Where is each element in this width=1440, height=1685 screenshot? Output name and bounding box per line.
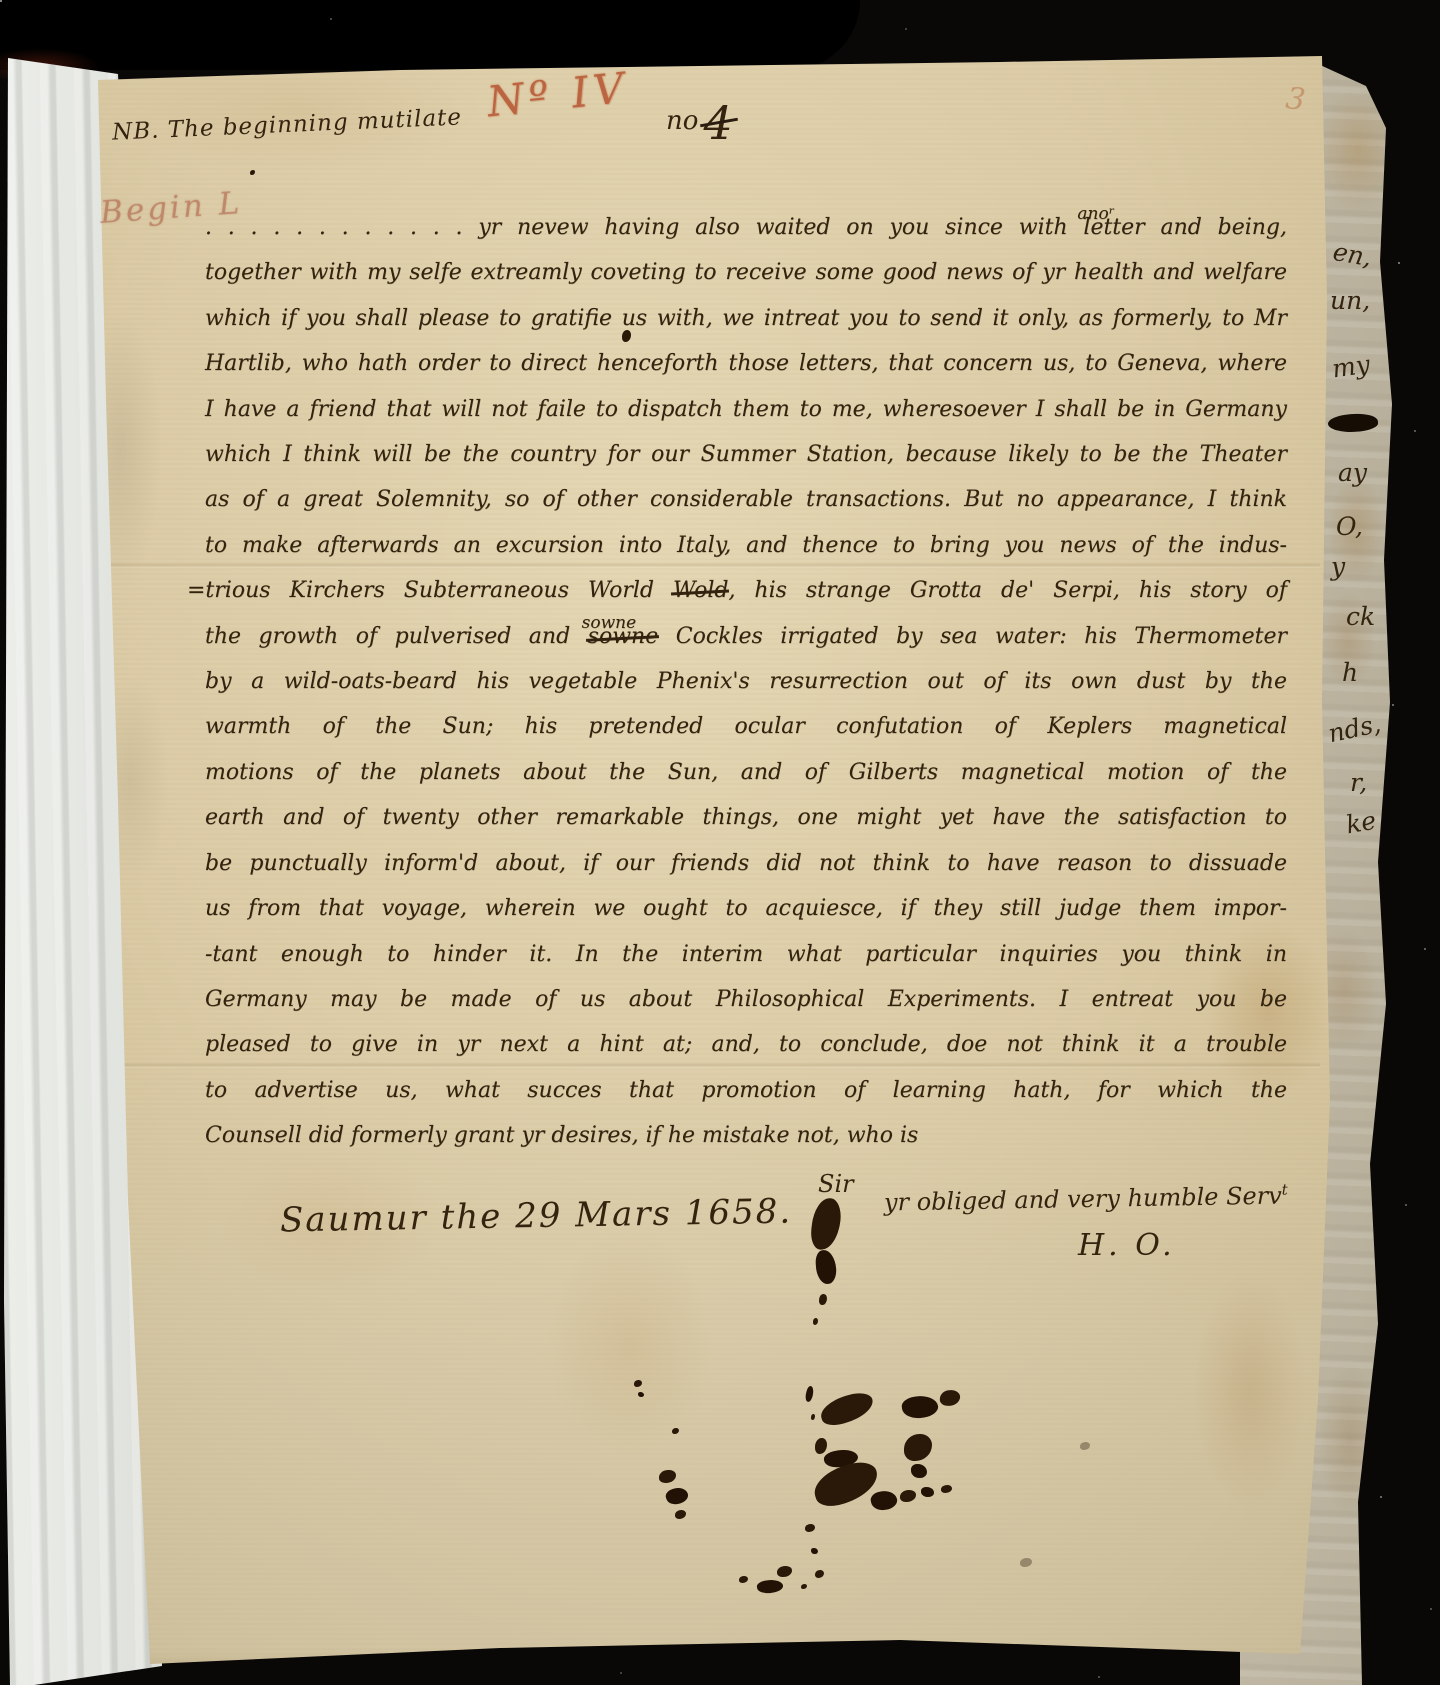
letter-line: together with my selfe extreamly covetin… <box>205 250 1287 295</box>
edge-fragment: r, <box>1350 768 1367 797</box>
letter-line: by a wild-oats-beard his vegetable Pheni… <box>205 659 1287 704</box>
letter-line: as of a great Solemnity, so of other con… <box>205 477 1287 522</box>
edge-fragment: my <box>1330 350 1372 384</box>
camera-arm-shadow <box>0 0 860 70</box>
letter-line: the growth of pulverised and sownesowne … <box>205 614 1287 659</box>
edge-fragment: y <box>1331 552 1345 581</box>
letter-body: . . . . . . . . . . . . yr nevew having … <box>205 205 1287 1159</box>
letter-line: pleased to give in yr next a hint at; an… <box>205 1022 1287 1067</box>
letter-line: Germany may be made of us about Philosop… <box>205 977 1287 1022</box>
letter-line: -tant enough to hinder it. In the interi… <box>205 932 1287 977</box>
ink-blot <box>911 1464 927 1478</box>
letter-line: which if you shall please to gratifie us… <box>205 296 1287 341</box>
line-text: the growth of pulverised and <box>205 624 588 649</box>
letter-line: . . . . . . . . . . . . yr nevew having … <box>205 205 1287 250</box>
letter-line: which I think will be the country for ou… <box>205 432 1287 477</box>
letter-line: =trious Kirchers Subterraneous World Wol… <box>205 568 1287 613</box>
folio-number: no 4 <box>666 100 733 146</box>
line-text: Cockles irrigated by sea water: his Ther… <box>658 624 1287 649</box>
ink-blot <box>638 1392 644 1397</box>
edge-fragment: ay <box>1338 458 1367 487</box>
letter-line: motions of the planets about the Sun, an… <box>205 750 1287 795</box>
struck-word: sowne <box>588 624 659 649</box>
letter-line: warmth of the Sun; his pretended ocular … <box>205 704 1287 749</box>
edge-fragment: ck <box>1346 602 1375 631</box>
letter-line: to make afterwards an excursion into Ita… <box>205 523 1287 568</box>
letter-line: earth and of twenty other remarkable thi… <box>205 795 1287 840</box>
letter-line: Counsell did formerly grant yr desires, … <box>205 1113 1287 1158</box>
insertion-above-line: anoʳ <box>1077 206 1114 223</box>
struck-word: Wold <box>673 578 728 603</box>
letter-line: us from that voyage, wherein we ought to… <box>205 886 1287 931</box>
line-text: =trious Kirchers Subterraneous World <box>187 578 673 603</box>
letter-line: to advertise us, what succes that promot… <box>205 1068 1287 1113</box>
dust-speckles <box>0 0 2 2</box>
folio-number-prefix: no <box>666 106 698 136</box>
letter-line: be punctually inform'd about, if our fri… <box>205 841 1287 886</box>
photograph-backdrop: en, un, my ay O, y ck h nds, r, ke NB. T… <box>0 0 1440 1685</box>
valediction-superscript: t <box>1281 1180 1287 1198</box>
letter-line: Hartlib, who hath order to direct hencef… <box>205 341 1287 386</box>
ink-blot <box>811 1548 818 1554</box>
folio-number-struck: 4 <box>704 100 733 146</box>
edge-fragment: O, <box>1336 512 1363 541</box>
letter-line: I have a friend that will not faile to d… <box>205 387 1287 432</box>
edge-fragment: un, <box>1330 286 1370 315</box>
edge-fragment: h <box>1342 658 1358 687</box>
signature-initials: H. O. <box>1078 1228 1176 1263</box>
edge-fragment: ke <box>1344 806 1379 840</box>
line-text: , his strange Grotta de' Serpi, his stor… <box>728 578 1287 603</box>
line-text: . . . . . . . . . . . . yr nevew having … <box>205 215 1083 240</box>
closing-salutation: Sir <box>818 1170 854 1198</box>
ink-blot <box>921 1487 934 1497</box>
